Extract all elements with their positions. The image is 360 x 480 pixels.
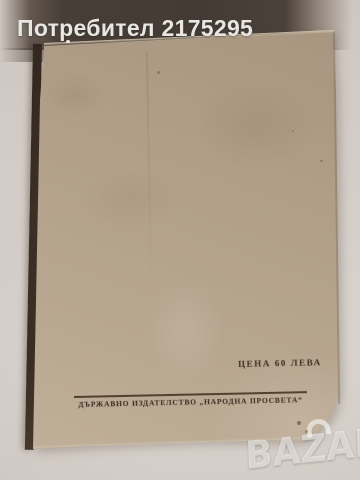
listing-photo[interactable]: ЦЕНА 60 ЛЕВА ДЪРЖАВНО ИЗДАТЕЛСТВО „НАРОД… (0, 0, 360, 480)
age-spot (320, 160, 323, 162)
book-price-text: ЦЕНА 60 ЛЕВА (238, 357, 322, 369)
paper-chip-speck (66, 40, 70, 43)
user-label: Потребител 2175295 (17, 15, 253, 42)
age-spot (297, 421, 301, 425)
age-spot (292, 130, 294, 132)
book-back-cover (0, 0, 360, 480)
age-spot (157, 71, 160, 74)
age-spot (305, 430, 308, 433)
book-back-cover-wrap (0, 0, 360, 480)
